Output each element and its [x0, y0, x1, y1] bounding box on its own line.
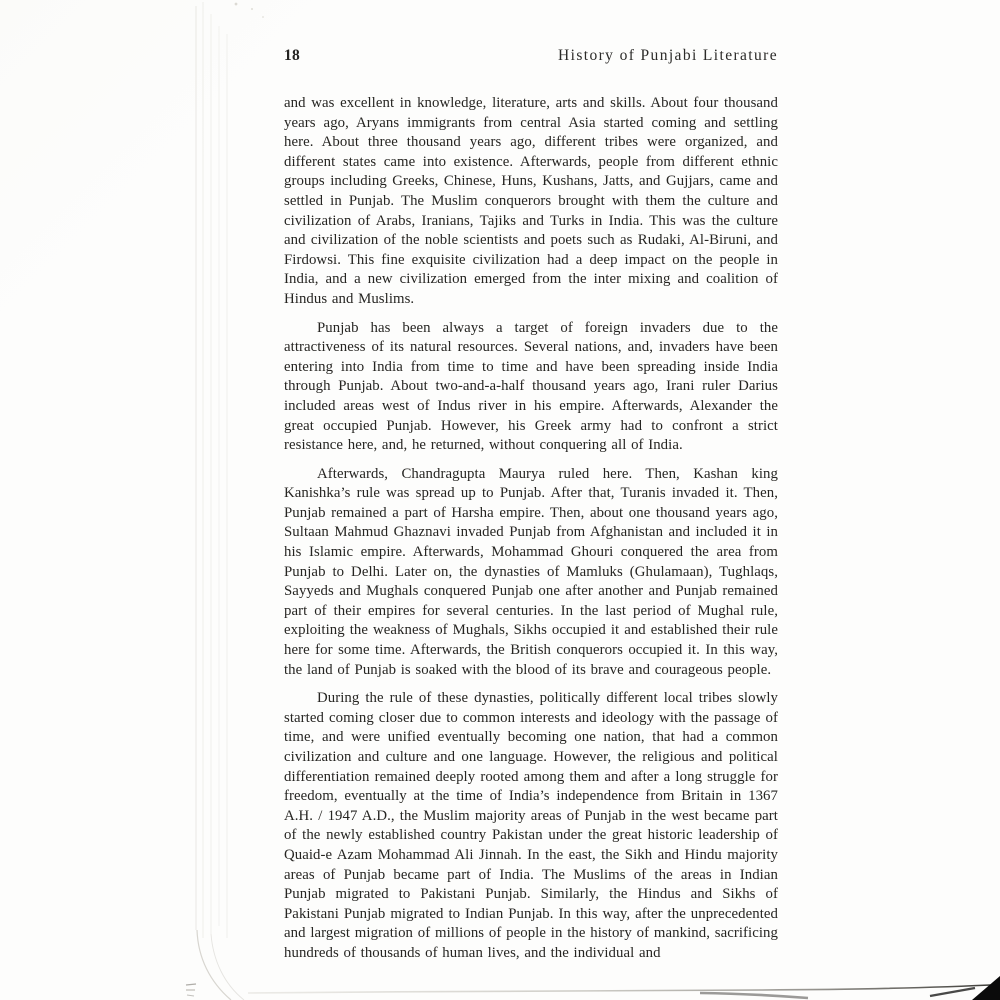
curl-tick-marks: [186, 984, 196, 996]
page-edge-lines: [196, 2, 227, 938]
body-paragraph: and was excellent in knowledge, literatu…: [284, 94, 778, 310]
running-title: History of Punjabi Literature: [558, 47, 778, 65]
bottom-edge-shadow: [700, 993, 808, 998]
page-curl-arcs: [197, 930, 244, 1000]
bottom-edge-line: [248, 985, 1000, 994]
body-text-block: and was excellent in knowledge, literatu…: [284, 94, 778, 964]
body-paragraph: During the rule of these dynasties, poli…: [284, 689, 778, 963]
corner-black-mark: [972, 976, 1000, 1000]
scanned-book-page: 18 History of Punjabi Literature and was…: [0, 0, 1000, 1000]
page-body: 18 History of Punjabi Literature and was…: [284, 47, 778, 973]
body-paragraph: Punjab has been always a target of forei…: [284, 319, 778, 456]
page-number: 18: [284, 47, 300, 65]
page-header: 18 History of Punjabi Literature: [284, 47, 778, 65]
body-paragraph: Afterwards, Chandragupta Maurya ruled he…: [284, 465, 778, 681]
top-specks: [235, 3, 264, 18]
